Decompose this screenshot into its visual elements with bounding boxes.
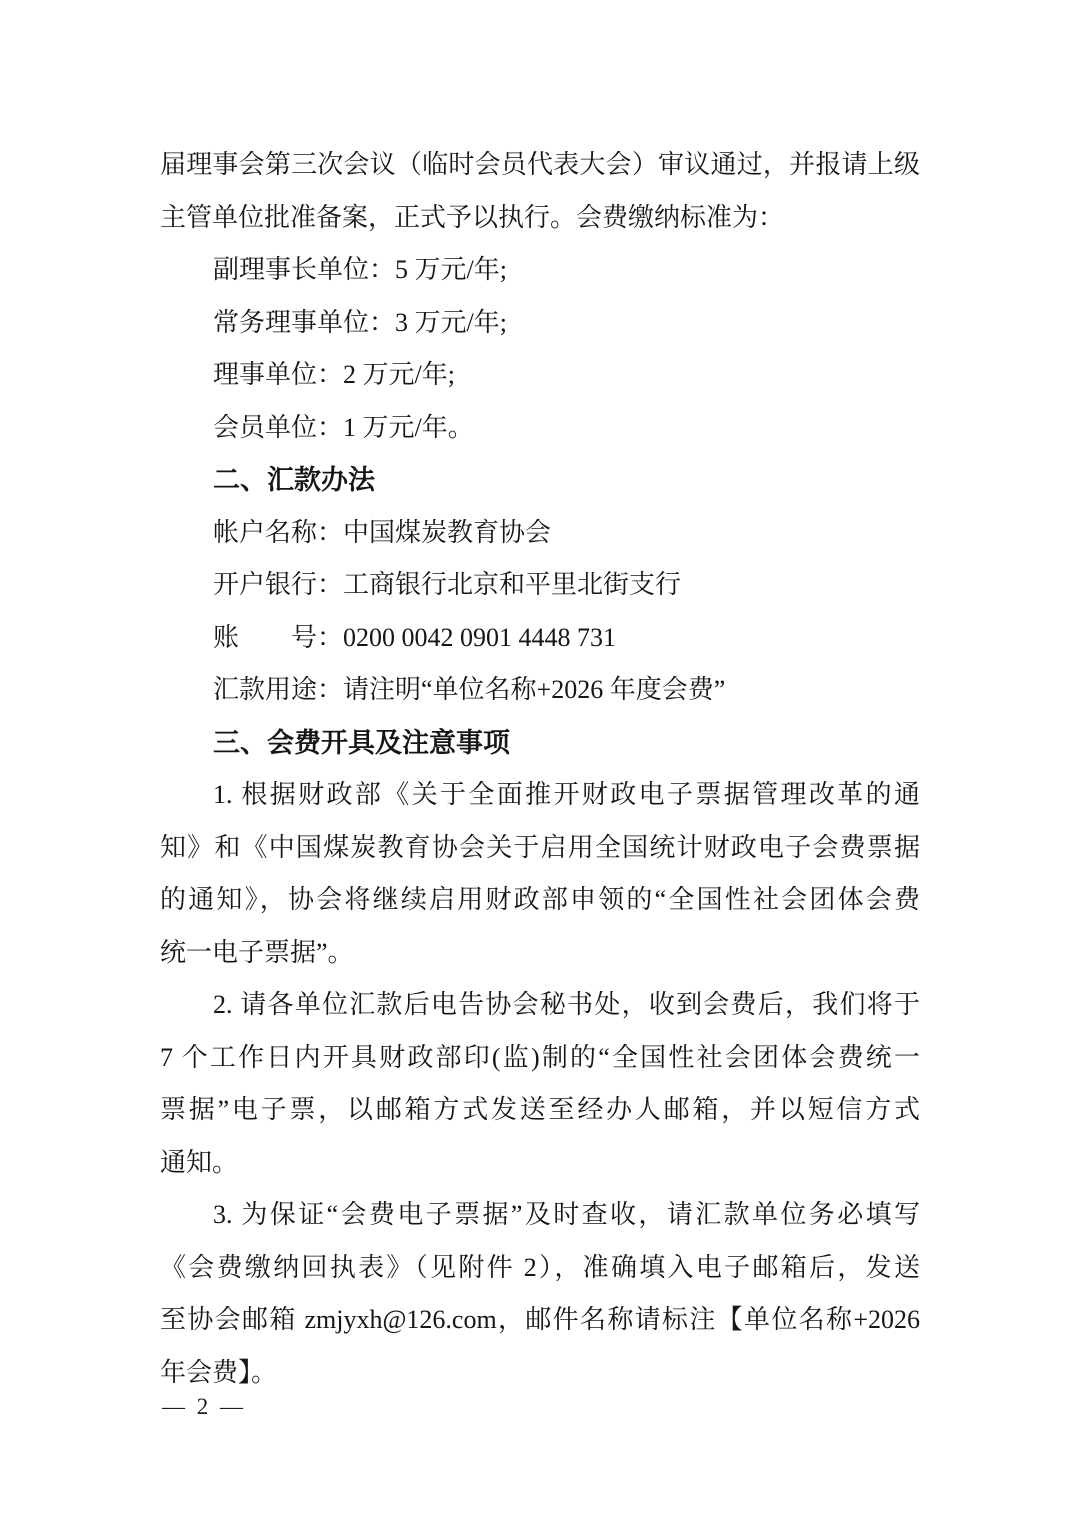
- body-line-continuation-1: 届理事会第三次会议（临时会员代表大会）审议通过，并报请上级: [160, 139, 920, 192]
- para-invoice-line-1: 1. 根据财政部《关于全面推开财政电子票据管理改革的通: [160, 769, 920, 822]
- fee-line-vice-chairman-unit: 副理事长单位：5 万元/年;: [160, 244, 920, 297]
- fee-line-executive-director-unit: 常务理事单位：3 万元/年;: [160, 297, 920, 350]
- para-notify-line-4: 通知。: [160, 1137, 920, 1190]
- para-notify-line-1: 2. 请各单位汇款后电告协会秘书处，收到会费后，我们将于: [160, 979, 920, 1032]
- para-notify-line-2: 7 个工作日内开具财政部印(监)制的“全国性社会团体会费统一: [160, 1032, 920, 1085]
- para-invoice-line-3: 的通知》，协会将继续启用财政部申领的“全国性社会团体会费: [160, 874, 920, 927]
- remittance-purpose-line: 汇款用途：请注明“单位名称+2026 年度会费”: [160, 664, 920, 717]
- para-invoice-line-4: 统一电子票据”。: [160, 927, 920, 980]
- fee-line-director-unit: 理事单位：2 万元/年;: [160, 349, 920, 402]
- account-name-line: 帐户名称：中国煤炭教育协会: [160, 507, 920, 560]
- para-receipt-line-1: 3. 为保证“会费电子票据”及时查收，请汇款单位务必填写: [160, 1189, 920, 1242]
- page-number: — 2 —: [162, 1392, 246, 1422]
- bank-name-line: 开户银行：工商银行北京和平里北街支行: [160, 559, 920, 612]
- para-receipt-line-4: 年会费】。: [160, 1347, 920, 1400]
- section-heading-invoice-and-notes: 三、会费开具及注意事项: [160, 717, 920, 770]
- document-page: 届理事会第三次会议（临时会员代表大会）审议通过，并报请上级 主管单位批准备案，正…: [0, 0, 1080, 1527]
- account-number-line: 账 号：0200 0042 0901 4448 731: [160, 612, 920, 665]
- body-line-continuation-2: 主管单位批准备案，正式予以执行。会费缴纳标准为：: [160, 192, 920, 245]
- fee-line-member-unit: 会员单位：1 万元/年。: [160, 402, 920, 455]
- para-receipt-line-2: 《会费缴纳回执表》（见附件 2），准确填入电子邮箱后，发送: [160, 1242, 920, 1295]
- para-notify-line-3: 票据”电子票，以邮箱方式发送至经办人邮箱，并以短信方式: [160, 1084, 920, 1137]
- para-invoice-line-2: 知》和《中国煤炭教育协会关于启用全国统计财政电子会费票据: [160, 822, 920, 875]
- section-heading-remittance-method: 二、汇款办法: [160, 454, 920, 507]
- para-receipt-line-3: 至协会邮箱 zmjyxh@126.com，邮件名称请标注【单位名称+2026: [160, 1294, 920, 1347]
